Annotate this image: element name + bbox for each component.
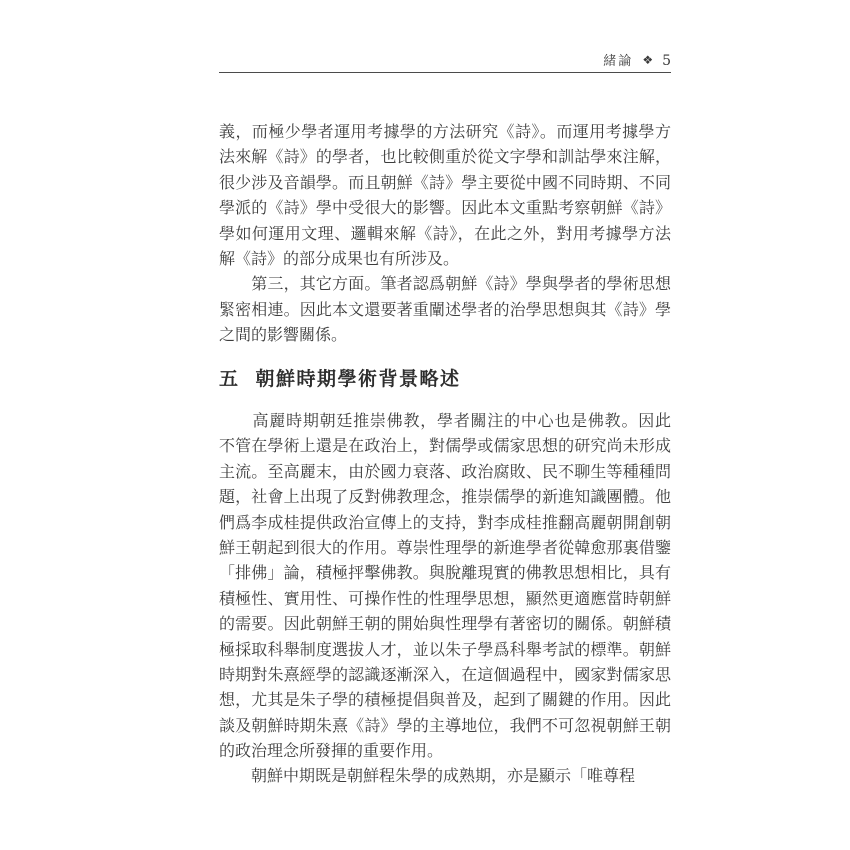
page-number: 5 — [662, 53, 671, 69]
text-section-bottom: 高麗時期朝廷推崇佛教，學者關注的中心也是佛教。因此不管在學術上還是在政治上，對儒… — [219, 408, 671, 789]
text-line: 鮮王朝起到很大的作用。尊崇性理學的新進學者從韓愈那裏借鑒 — [219, 535, 671, 560]
text-line: 主流。至高麗末，由於國力衰落、政治腐敗、民不聊生等種種問 — [219, 459, 671, 484]
book-page: 緒論 ❖ 5 義，而極少學者運用考據學的方法研究《詩》。而運用考據學方法來解《詩… — [0, 0, 850, 850]
text-section-top: 義，而極少學者運用考據學的方法研究《詩》。而運用考據學方法來解《詩》的學者，也比… — [219, 119, 671, 348]
text-line: 第三，其它方面。筆者認爲朝鮮《詩》學與學者的學術思想 — [219, 271, 671, 296]
text-line: 朝鮮中期既是朝鮮程朱學的成熟期，亦是顯示「唯尊程 — [219, 763, 671, 788]
section-number: 五 — [219, 368, 240, 390]
text-line: 不管在學術上還是在政治上，對儒學或儒家思想的研究尚未形成 — [219, 433, 671, 458]
chapter-title-label: 緒論 — [603, 50, 633, 69]
text-line: 想，尤其是朱子學的積極提倡與普及，起到了關鍵的作用。因此 — [219, 687, 671, 712]
text-line: 的需要。因此朝鮮王朝的開始與性理學有著密切的關係。朝鮮積 — [219, 611, 671, 636]
text-line: 的政治理念所發揮的重要作用。 — [219, 738, 671, 763]
section-title: 朝鮮時期學術背景略述 — [256, 368, 461, 390]
text-line: 高麗時期朝廷推崇佛教，學者關注的中心也是佛教。因此 — [219, 408, 671, 433]
text-line: 很少涉及音韻學。而且朝鮮《詩》學主要從中國不同時期、不同 — [219, 170, 671, 195]
text-line: 之間的影響關係。 — [219, 322, 671, 347]
diamond-divider-icon: ❖ — [642, 53, 653, 67]
text-line: 題，社會上出現了反對佛教理念，推崇儒學的新進知識團體。他 — [219, 484, 671, 509]
text-line: 學派的《詩》學中受很大的影響。因此本文重點考察朝鮮《詩》 — [219, 195, 671, 220]
text-line: 解《詩》的部分成果也有所涉及。 — [219, 246, 671, 271]
paragraph: 高麗時期朝廷推崇佛教，學者關注的中心也是佛教。因此不管在學術上還是在政治上，對儒… — [219, 408, 671, 763]
text-line: 時期對朱熹經學的認識逐漸深入，在這個過程中，國家對儒家思 — [219, 662, 671, 687]
text-line: 極採取科舉制度選拔人才，並以朱子學爲科舉考試的標準。朝鮮 — [219, 637, 671, 662]
text-line: 學如何運用文理、邏輯來解《詩》，在此之外，對用考據學方法 — [219, 221, 671, 246]
paragraph: 朝鮮中期既是朝鮮程朱學的成熟期，亦是顯示「唯尊程 — [219, 763, 671, 788]
header-rule — [219, 72, 671, 73]
text-line: 義，而極少學者運用考據學的方法研究《詩》。而運用考據學方 — [219, 119, 671, 144]
text-line: 積極性、實用性、可操作性的性理學思想，顯然更適應當時朝鮮 — [219, 586, 671, 611]
text-line: 「排佛」論，積極抨擊佛教。與脫離現實的佛教思想相比，具有 — [219, 560, 671, 585]
running-header: 緒論 ❖ 5 — [219, 50, 671, 70]
text-line: 談及朝鮮時期朱熹《詩》學的主導地位，我們不可忽視朝鮮王朝 — [219, 713, 671, 738]
text-line: 們爲李成桂提供政治宣傳上的支持，對李成桂推翻高麗朝開創朝 — [219, 510, 671, 535]
text-line: 法來解《詩》的學者，也比較側重於從文字學和訓詁學來注解， — [219, 144, 671, 169]
paragraph: 義，而極少學者運用考據學的方法研究《詩》。而運用考據學方法來解《詩》的學者，也比… — [219, 119, 671, 271]
text-line: 緊密相連。因此本文還要著重闡述學者的治學思想與其《詩》學 — [219, 297, 671, 322]
paragraph: 第三，其它方面。筆者認爲朝鮮《詩》學與學者的學術思想緊密相連。因此本文還要著重闡… — [219, 271, 671, 347]
section-heading: 五朝鮮時期學術背景略述 — [219, 364, 671, 394]
